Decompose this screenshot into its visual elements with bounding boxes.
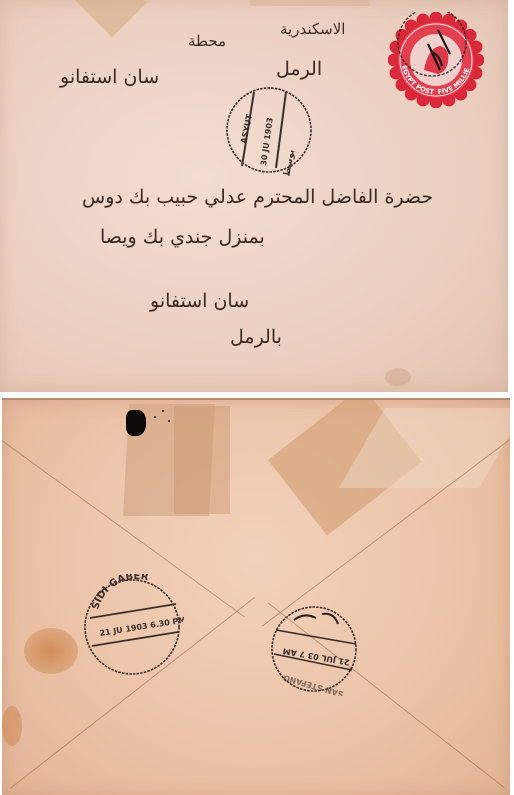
fold-shadow [63, 0, 148, 37]
postmark-san-stefano-date: 21 JUL 03 7 AM [282, 646, 350, 667]
postmark-asyut-place: ASYUT [239, 113, 254, 144]
stain [2, 706, 22, 746]
tape-strip [174, 406, 230, 514]
envelope-front: الاسكندرية محطة الرمل سان استفانو حضرة ا… [0, 0, 508, 392]
postmark-san-stefano: 21 JUL 03 7 AM SAN STEFANO [264, 602, 364, 700]
address-line-2: بمنزل جندي بك ويصا [100, 226, 265, 248]
stamp-graphic: EGYPT POSTAGE FIVE MILLIEMES [388, 12, 484, 108]
postage-stamp: EGYPT POSTAGE FIVE MILLIEMES [388, 12, 484, 108]
postmark-asyut-arabic: بوسطة [282, 149, 297, 176]
handwriting-suburb: سان استفانو [60, 66, 159, 88]
postmark-asyut: ASYUT 30 JU 1903 بوسطة [224, 84, 314, 180]
handwriting-station: محطة [188, 32, 226, 50]
postmark-sidi-gaber-place: SIDI GABER [90, 574, 150, 611]
envelope-back: SIDI GABER 21 JU 1903 6.30 PM 21 JUL 03 … [2, 398, 510, 795]
ink-dot [162, 410, 164, 412]
ink-dot [154, 416, 156, 418]
postmark-san-stefano-place: SAN STEFANO [282, 673, 345, 696]
address-line-4: بالرمل [230, 326, 282, 348]
handwriting-city: الاسكندرية [280, 20, 345, 38]
svg-text:SIDI GABER: SIDI GABER [90, 574, 150, 611]
stain [385, 368, 411, 386]
postmark-asyut-date: 30 JU 1903 [259, 117, 275, 166]
address-line-1: حضرة الفاضل المحترم عدلي حبيب بك دوس [82, 186, 433, 208]
fold-shadow [250, 0, 370, 6]
ink-blot [126, 410, 146, 436]
stain [24, 628, 78, 674]
ink-dot [168, 420, 170, 422]
postmark-sidi-gaber: SIDI GABER 21 JU 1903 6.30 PM [80, 574, 184, 684]
address-line-3: سان استفانو [150, 290, 249, 312]
handwriting-district: الرمل [276, 58, 322, 80]
postmark-sidi-gaber-date: 21 JU 1903 6.30 PM [99, 615, 184, 638]
